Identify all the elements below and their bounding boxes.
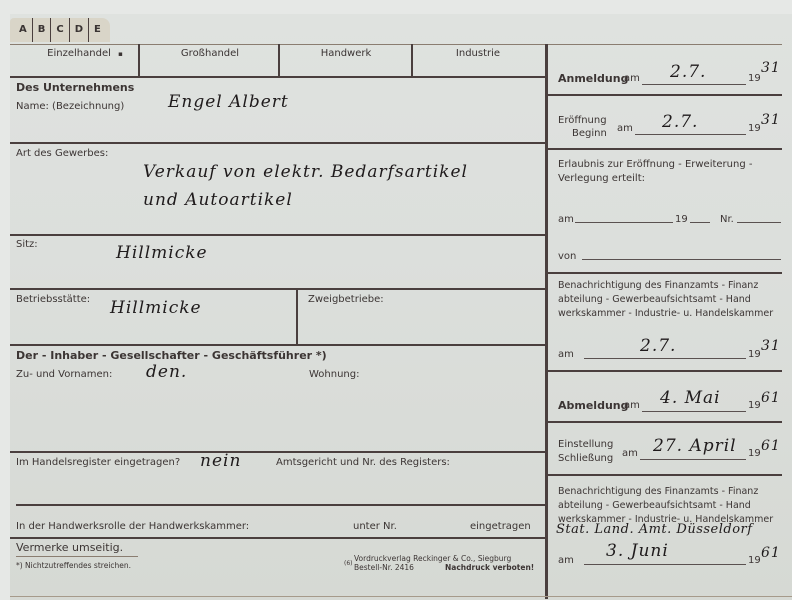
notify1-date: 2.7. [640, 336, 676, 356]
publisher-order: Bestell-Nr. 2416 [354, 563, 414, 572]
tab-e[interactable]: E [89, 18, 106, 42]
owner-heading: Der - Inhaber - Gesellschafter - Geschäf… [16, 349, 327, 362]
fill-line [640, 459, 746, 460]
register-label: Im Handelsregister eingetragen? [16, 457, 180, 468]
rule [548, 94, 782, 96]
deregistration-date: 4. Mai [660, 388, 721, 408]
column-divider [545, 44, 548, 599]
permit-von: von [558, 251, 576, 262]
header-rule [10, 76, 545, 78]
rule [10, 537, 545, 539]
notes-label: Vermerke umseitig. [16, 541, 123, 554]
notify2-text: Benachrichtigung des Finanzamts - Finanz [558, 486, 758, 497]
name-label: Name: (Bezeichnung) [16, 101, 124, 112]
permit-text-2: Verlegung erteilt: [558, 173, 645, 184]
fill-line [635, 134, 746, 135]
premises-value: Hillmicke [110, 298, 202, 318]
publisher-prefix: (6) [344, 560, 353, 567]
opening-century: 19 [748, 123, 761, 134]
deregistration-am: am [624, 400, 640, 411]
fill-line [582, 259, 781, 260]
fill-line [737, 222, 781, 223]
company-heading: Des Unternehmens [16, 81, 134, 94]
permit-nr: Nr. [720, 214, 734, 225]
rule [10, 344, 545, 346]
trade-label: Art des Gewerbes: [16, 148, 108, 159]
rule [16, 556, 138, 557]
rule [548, 370, 782, 372]
rule [10, 288, 545, 290]
seat-label: Sitz: [16, 239, 38, 250]
registered-label: eingetragen [470, 521, 531, 532]
notify2-stamp: Stat. Land. Amt. Düsseldorf [556, 522, 753, 537]
closure-century: 19 [748, 448, 761, 459]
registration-century: 19 [748, 73, 761, 84]
craft-roll-label: In der Handwerksrolle der Handwerkskamme… [16, 521, 249, 532]
permit-century: 19 [675, 214, 688, 225]
notify2-am: am [558, 555, 574, 566]
tab-a[interactable]: A [14, 18, 33, 42]
category-einzelhandel: Einzelhandel ▪ [30, 48, 140, 59]
closure-label: Einstellung [558, 439, 613, 450]
rule [16, 504, 545, 506]
opening-year: 31 [761, 112, 781, 128]
category-label: Einzelhandel [47, 48, 111, 59]
opening-label-2: Beginn [572, 128, 607, 139]
seat-value: Hillmicke [116, 243, 208, 263]
rule [10, 234, 545, 236]
permit-text: Erlaubnis zur Eröffnung - Erweiterung - [558, 159, 752, 170]
publisher-notice: Nachdruck verboten! [445, 563, 534, 572]
opening-label: Eröffnung [558, 115, 607, 126]
registration-label: Anmeldung [558, 72, 628, 85]
registration-am: am [624, 73, 640, 84]
bottom-edge [10, 596, 792, 597]
trade-value-line1: Verkauf von elektr. Bedarfsartikel [143, 162, 468, 182]
fill-line [584, 564, 746, 565]
under-no-label: unter Nr. [353, 521, 397, 532]
rule [548, 272, 782, 274]
notify1-am: am [558, 349, 574, 360]
rule [548, 421, 782, 423]
notify1-century: 19 [748, 349, 761, 360]
tab-d[interactable]: D [70, 18, 89, 42]
fill-line [575, 222, 673, 223]
category-mark: ▪ [118, 50, 123, 58]
notify1-text-3: werkskammer - Industrie- u. Handelskamme… [558, 308, 773, 319]
closure-date: 27. April [653, 436, 737, 456]
category-handwerk: Handwerk [280, 48, 412, 59]
registration-year: 31 [761, 60, 781, 76]
closure-am: am [622, 448, 638, 459]
deregistration-year: 61 [761, 390, 781, 406]
branches-label: Zweigbetriebe: [308, 294, 384, 305]
opening-date: 2.7. [662, 112, 698, 132]
residence-label: Wohnung: [309, 369, 360, 380]
permit-am: am [558, 214, 574, 225]
court-label: Amtsgericht und Nr. des Registers: [276, 457, 450, 468]
company-name-value: Engel Albert [168, 92, 289, 112]
fill-line [642, 84, 746, 85]
rule [10, 142, 545, 144]
publisher-line: Vordruckverlag Reckinger & Co., Siegburg [354, 554, 511, 563]
fill-line [690, 222, 710, 223]
top-rule [10, 44, 782, 45]
notify1-text-2: abteilung - Gewerbeaufsichtsamt - Hand [558, 294, 751, 305]
deregistration-century: 19 [748, 400, 761, 411]
fill-line [642, 411, 746, 412]
notify2-year: 61 [761, 545, 781, 561]
trade-registration-card: A B C D E Einzelhandel ▪ Großhandel Hand… [10, 14, 792, 600]
notify1-year: 31 [761, 338, 781, 354]
notify2-date: 3. Juni [606, 541, 669, 561]
tab-c[interactable]: C [51, 18, 69, 42]
rule [10, 451, 545, 453]
closure-label-2: Schließung [558, 453, 613, 464]
premises-label: Betriebsstätte: [16, 294, 90, 305]
footnote: *) Nichtzutreffendes streichen. [16, 561, 131, 570]
rule [548, 474, 782, 476]
deregistration-label: Abmeldung [558, 399, 629, 412]
category-grosshandel: Großhandel [140, 48, 280, 59]
trade-value-line2: und Autoartikel [143, 190, 293, 210]
opening-am: am [617, 123, 633, 134]
index-tabs: A B C D E [10, 18, 110, 42]
register-value: nein [200, 451, 241, 471]
category-industrie: Industrie [413, 48, 543, 59]
tab-b[interactable]: B [33, 18, 52, 42]
registration-date: 2.7. [670, 62, 706, 82]
names-label: Zu- und Vornamen: [16, 369, 112, 380]
fill-line [584, 358, 746, 359]
notify1-text: Benachrichtigung des Finanzamts - Finanz [558, 280, 758, 291]
rule [548, 148, 782, 150]
notify2-century: 19 [748, 555, 761, 566]
names-value: den. [146, 362, 187, 382]
divider [296, 290, 298, 344]
closure-year: 61 [761, 438, 781, 454]
notify2-text-2: abteilung - Gewerbeaufsichtsamt - Hand [558, 500, 751, 511]
